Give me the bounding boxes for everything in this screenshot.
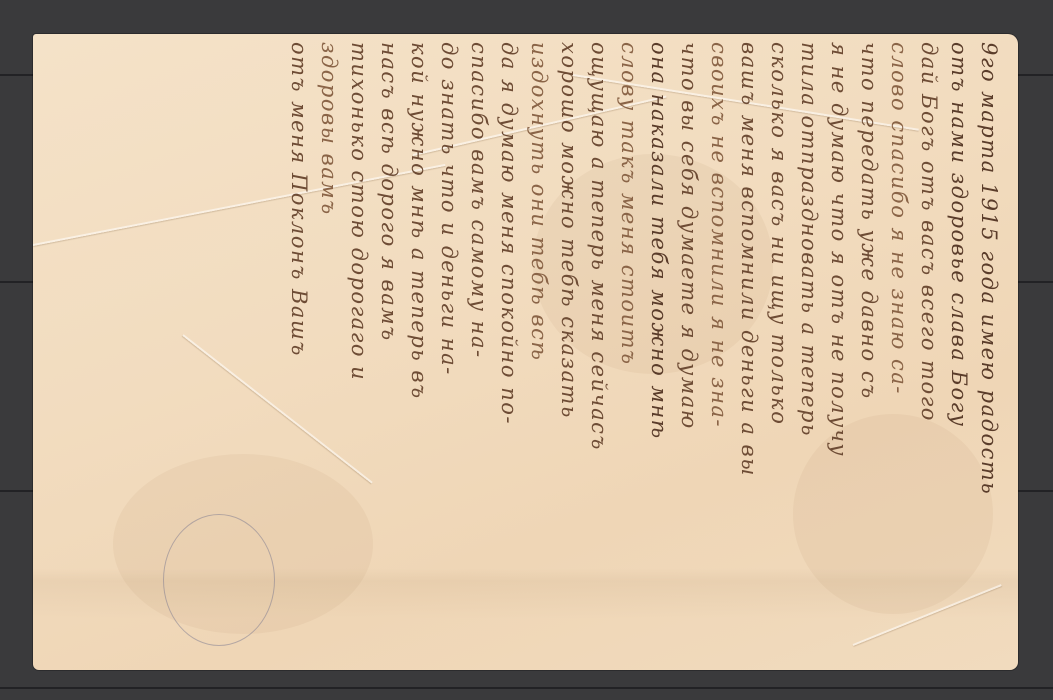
- text-column: слову такъ меня стоитъ: [618, 42, 639, 366]
- text-column: спасибо вамъ самому на-: [468, 42, 489, 359]
- text-column: тихонько стою дорогаго и: [348, 42, 369, 381]
- postcard: 9го марта 1915 года имею радость отъ нам…: [33, 34, 1018, 670]
- text-column: здоровы вамъ: [318, 42, 339, 216]
- text-column: дай Богъ отъ васъ всего того: [918, 42, 939, 422]
- text-column: она наказали тебя можно мнѣ: [648, 42, 669, 440]
- text-column: кой нужно мнѣ а теперь въ: [408, 42, 429, 400]
- handwritten-text: 9го марта 1915 года имею радость отъ нам…: [33, 34, 1018, 670]
- mount-stripe: [0, 687, 1053, 689]
- text-column: насъ всѣ дорого я вамъ: [378, 42, 399, 342]
- text-column: тила отпраздновать а теперь: [798, 42, 819, 437]
- text-column: до знать что и деньги на-: [438, 42, 459, 376]
- album-mount-background: 9го марта 1915 года имею радость отъ нам…: [0, 0, 1053, 700]
- text-column: что вы себя думаете я думаю: [678, 42, 699, 430]
- text-column: слово спасибо я не знаю са-: [888, 42, 909, 395]
- text-column: отъ нами здоровье слава Богу: [948, 42, 969, 427]
- text-column: хорошо можно тебѣ сказать: [558, 42, 579, 419]
- text-column: сколько я васъ ни ищу только: [768, 42, 789, 425]
- text-column: вашъ меня вспомнили деньги а вы: [738, 42, 759, 477]
- text-column: что передать уже давно съ: [858, 42, 879, 400]
- text-column: да я думаю меня спокойно по-: [498, 42, 519, 425]
- text-column: 9го марта 1915 года имею радость: [978, 42, 999, 495]
- text-column: я не думаю что я отъ не получу: [828, 42, 849, 457]
- text-column: ощущаю а теперь меня сейчасъ: [588, 42, 609, 451]
- text-column: издохнуть они тебѣ всѣ: [528, 42, 549, 361]
- text-column: отъ меня Поклонъ Вашъ: [288, 42, 309, 357]
- text-column: своихъ не вспомнили я не зна-: [708, 42, 729, 428]
